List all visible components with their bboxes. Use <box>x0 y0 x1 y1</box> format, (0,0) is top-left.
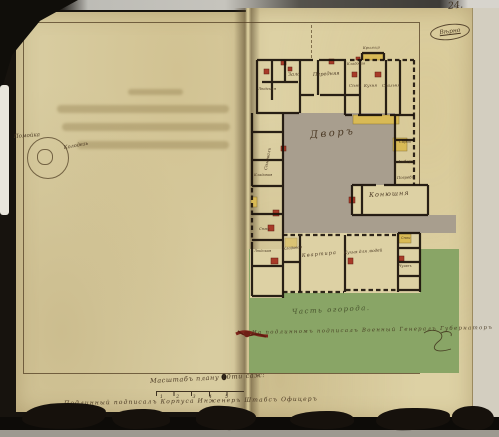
room-label: Людская <box>258 87 276 91</box>
room-label: Сѣни <box>349 84 361 88</box>
room-label: Конюшня <box>369 190 410 199</box>
section-reference-line <box>311 25 312 58</box>
ink-bleed-through <box>57 105 229 113</box>
room-label: Зала <box>288 72 301 78</box>
adjacent-page-edge-left <box>0 85 9 215</box>
room-label: Погребъ <box>397 175 414 179</box>
room-label: Сарай <box>399 140 411 144</box>
plan-border-frame <box>23 22 420 374</box>
ink-bleed-through <box>77 141 229 149</box>
room-label: Людская <box>254 250 271 254</box>
room-label: Сѣни <box>401 237 410 240</box>
room-label: Спальня <box>382 83 400 88</box>
torn-edge <box>452 406 494 430</box>
room-label: Сѣни <box>259 228 270 232</box>
torn-edge <box>112 409 170 429</box>
ink-bleed-through <box>62 123 230 131</box>
well-circle <box>27 137 69 179</box>
adjacent-page-edge-right <box>470 8 499 420</box>
torn-edge <box>290 411 354 429</box>
room-label: Кладовая <box>254 174 272 178</box>
well-inner-circle <box>37 149 53 165</box>
room-label: Кладовая <box>347 62 365 66</box>
scanned-album-spread: ПомойкаКолодезь ЗалаПередняяЛюдскаяКрыль… <box>0 0 499 437</box>
ink-bleed-through <box>128 89 183 95</box>
room-label: Амбаръ <box>398 159 414 163</box>
room-label: Крыльцо <box>363 46 380 50</box>
room-label: Чуланъ <box>399 265 411 268</box>
room-label: Кухня <box>364 84 377 88</box>
scanner-edge-strip <box>0 430 499 437</box>
verification-stamp-text: Вѣрно <box>439 28 461 37</box>
page-number: 24. <box>448 0 464 11</box>
